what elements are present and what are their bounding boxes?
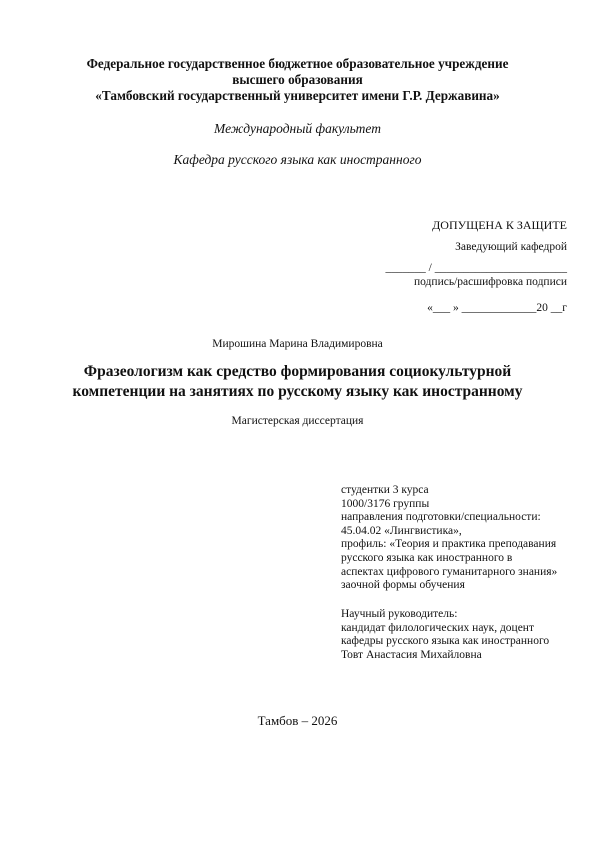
department-name: Кафедра русского языка как иностранного (0, 152, 595, 168)
thesis-title-line-1: Фразеологизм как средство формирования с… (0, 362, 595, 382)
institution-header: Федеральное государственное бюджетное об… (0, 56, 595, 104)
institution-line-2: высшего образования (0, 72, 595, 88)
work-type: Магистерская диссертация (0, 415, 595, 427)
date-line: «___ » _____________20 __г (427, 302, 567, 314)
signature-caption: подпись/расшифровка подписи (414, 276, 567, 288)
student-info-line: 1000/3176 группы (341, 498, 557, 512)
admitted-to-defense: ДОПУЩЕНА К ЗАЩИТЕ (432, 218, 567, 233)
author-name: Мирошина Марина Владимировна (0, 338, 595, 350)
student-info-line: профиль: «Теория и практика преподавания (341, 538, 557, 552)
institution-line-1: Федеральное государственное бюджетное об… (0, 56, 595, 72)
student-info-line: русского языка как иностранного в (341, 552, 557, 566)
student-info-line: аспектах цифрового гуманитарного знания» (341, 566, 557, 580)
head-of-department: Заведующий кафедрой (455, 241, 567, 253)
advisor-info-line: кафедры русского языка как иностранного (341, 635, 549, 649)
student-info-line: 45.04.02 «Лингвистика», (341, 525, 557, 539)
advisor-info-line: Научный руководитель: (341, 608, 549, 622)
signature-line: _______ / _______________________ (386, 262, 567, 274)
student-info-line: студентки 3 курса (341, 484, 557, 498)
student-info-line: заочной формы обучения (341, 579, 557, 593)
faculty-name: Международный факультет (0, 121, 595, 137)
institution-line-3: «Тамбовский государственный университет … (0, 88, 595, 104)
advisor-info-line: Товт Анастасия Михайловна (341, 649, 549, 663)
city-year: Тамбов – 2026 (0, 713, 595, 729)
advisor-info: Научный руководитель: кандидат филологич… (341, 608, 549, 662)
student-info: студентки 3 курса 1000/3176 группы напра… (341, 484, 557, 593)
advisor-info-line: кандидат филологических наук, доцент (341, 622, 549, 636)
thesis-title: Фразеологизм как средство формирования с… (0, 362, 595, 402)
thesis-title-line-2: компетенции на занятиях по русскому язык… (0, 382, 595, 402)
student-info-line: направления подготовки/специальности: (341, 511, 557, 525)
